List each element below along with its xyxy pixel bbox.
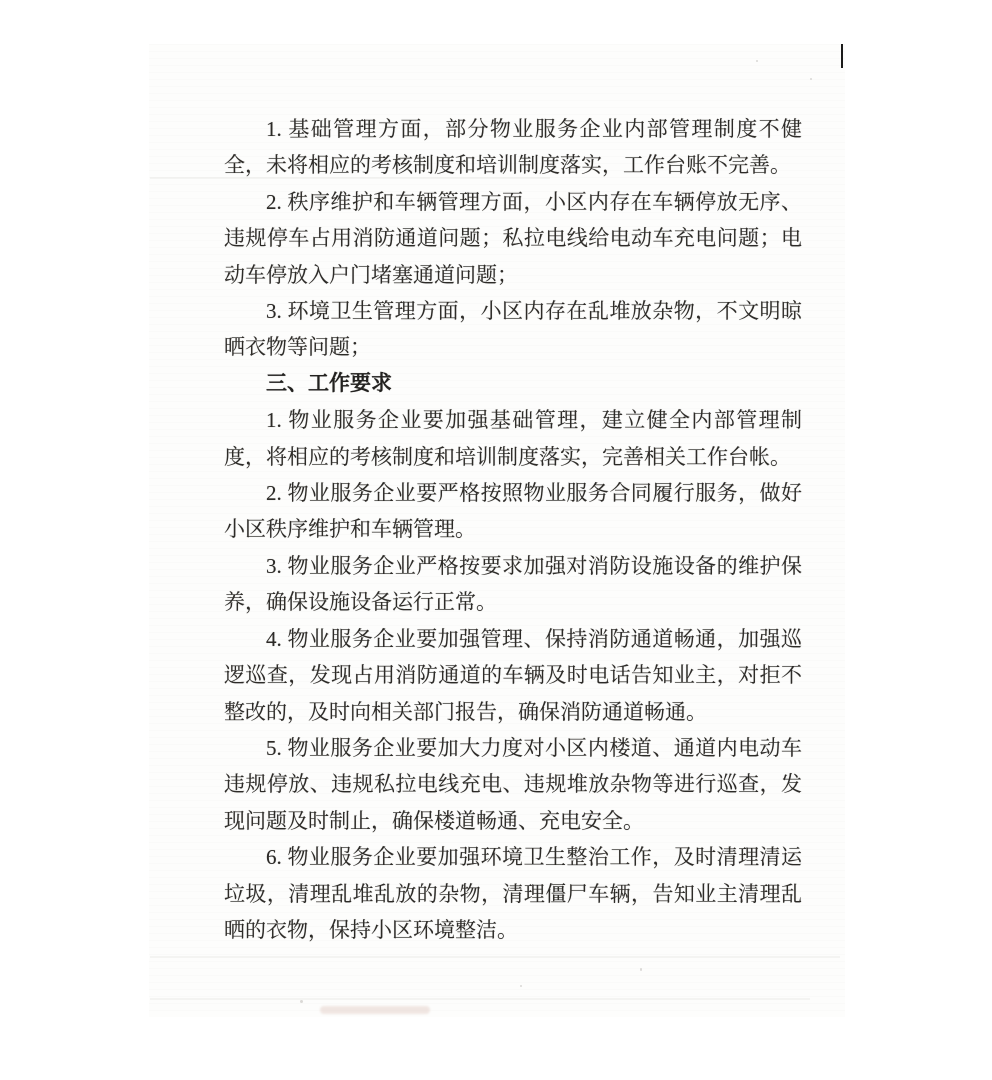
work-requirement-3: 3. 物业服务企业严格按要求加强对消防设施设备的维护保养，确保设施设备运行正常。 [224, 548, 802, 621]
scan-streak-artifact [150, 956, 840, 958]
scan-speck-artifact [520, 985, 522, 987]
scan-speck-artifact [756, 60, 758, 62]
work-requirement-1: 1. 物业服务企业要加强基础管理，建立健全内部管理制度，将相应的考核制度和培训制… [224, 402, 802, 475]
finding-paragraph-2: 2. 秩序维护和车辆管理方面，小区内存在车辆停放无序、违规停车占用消防通道问题；… [224, 184, 802, 293]
scan-smudge-artifact [320, 1006, 430, 1014]
work-requirement-6: 6. 物业服务企业要加强环境卫生整治工作，及时清理清运垃圾，清理乱堆乱放的杂物，… [224, 839, 802, 948]
finding-paragraph-1: 1. 基础管理方面，部分物业服务企业内部管理制度不健全，未将相应的考核制度和培训… [224, 111, 802, 184]
scan-speck-artifact [810, 78, 812, 80]
scan-speck-artifact [640, 968, 642, 971]
scan-edge-tick-artifact [841, 44, 843, 68]
scanned-document-page: 1. 基础管理方面，部分物业服务企业内部管理制度不健全，未将相应的考核制度和培训… [0, 0, 992, 1080]
work-requirement-4: 4. 物业服务企业要加强管理、保持消防通道畅通，加强巡逻巡查，发现占用消防通道的… [224, 621, 802, 730]
finding-paragraph-3: 3. 环境卫生管理方面，小区内存在乱堆放杂物，不文明晾晒衣物等问题； [224, 293, 802, 366]
work-requirement-2: 2. 物业服务企业要严格按照物业服务合同履行服务，做好小区秩序维护和车辆管理。 [224, 475, 802, 548]
work-requirement-5: 5. 物业服务企业要加大力度对小区内楼道、通道内电动车违规停放、违规私拉电线充电… [224, 730, 802, 839]
document-text-block: 1. 基础管理方面，部分物业服务企业内部管理制度不健全，未将相应的考核制度和培训… [224, 111, 802, 948]
section-heading-work-requirements: 三、工作要求 [224, 366, 802, 402]
scan-speck-artifact [300, 1000, 303, 1003]
scan-streak-artifact [150, 998, 810, 1000]
